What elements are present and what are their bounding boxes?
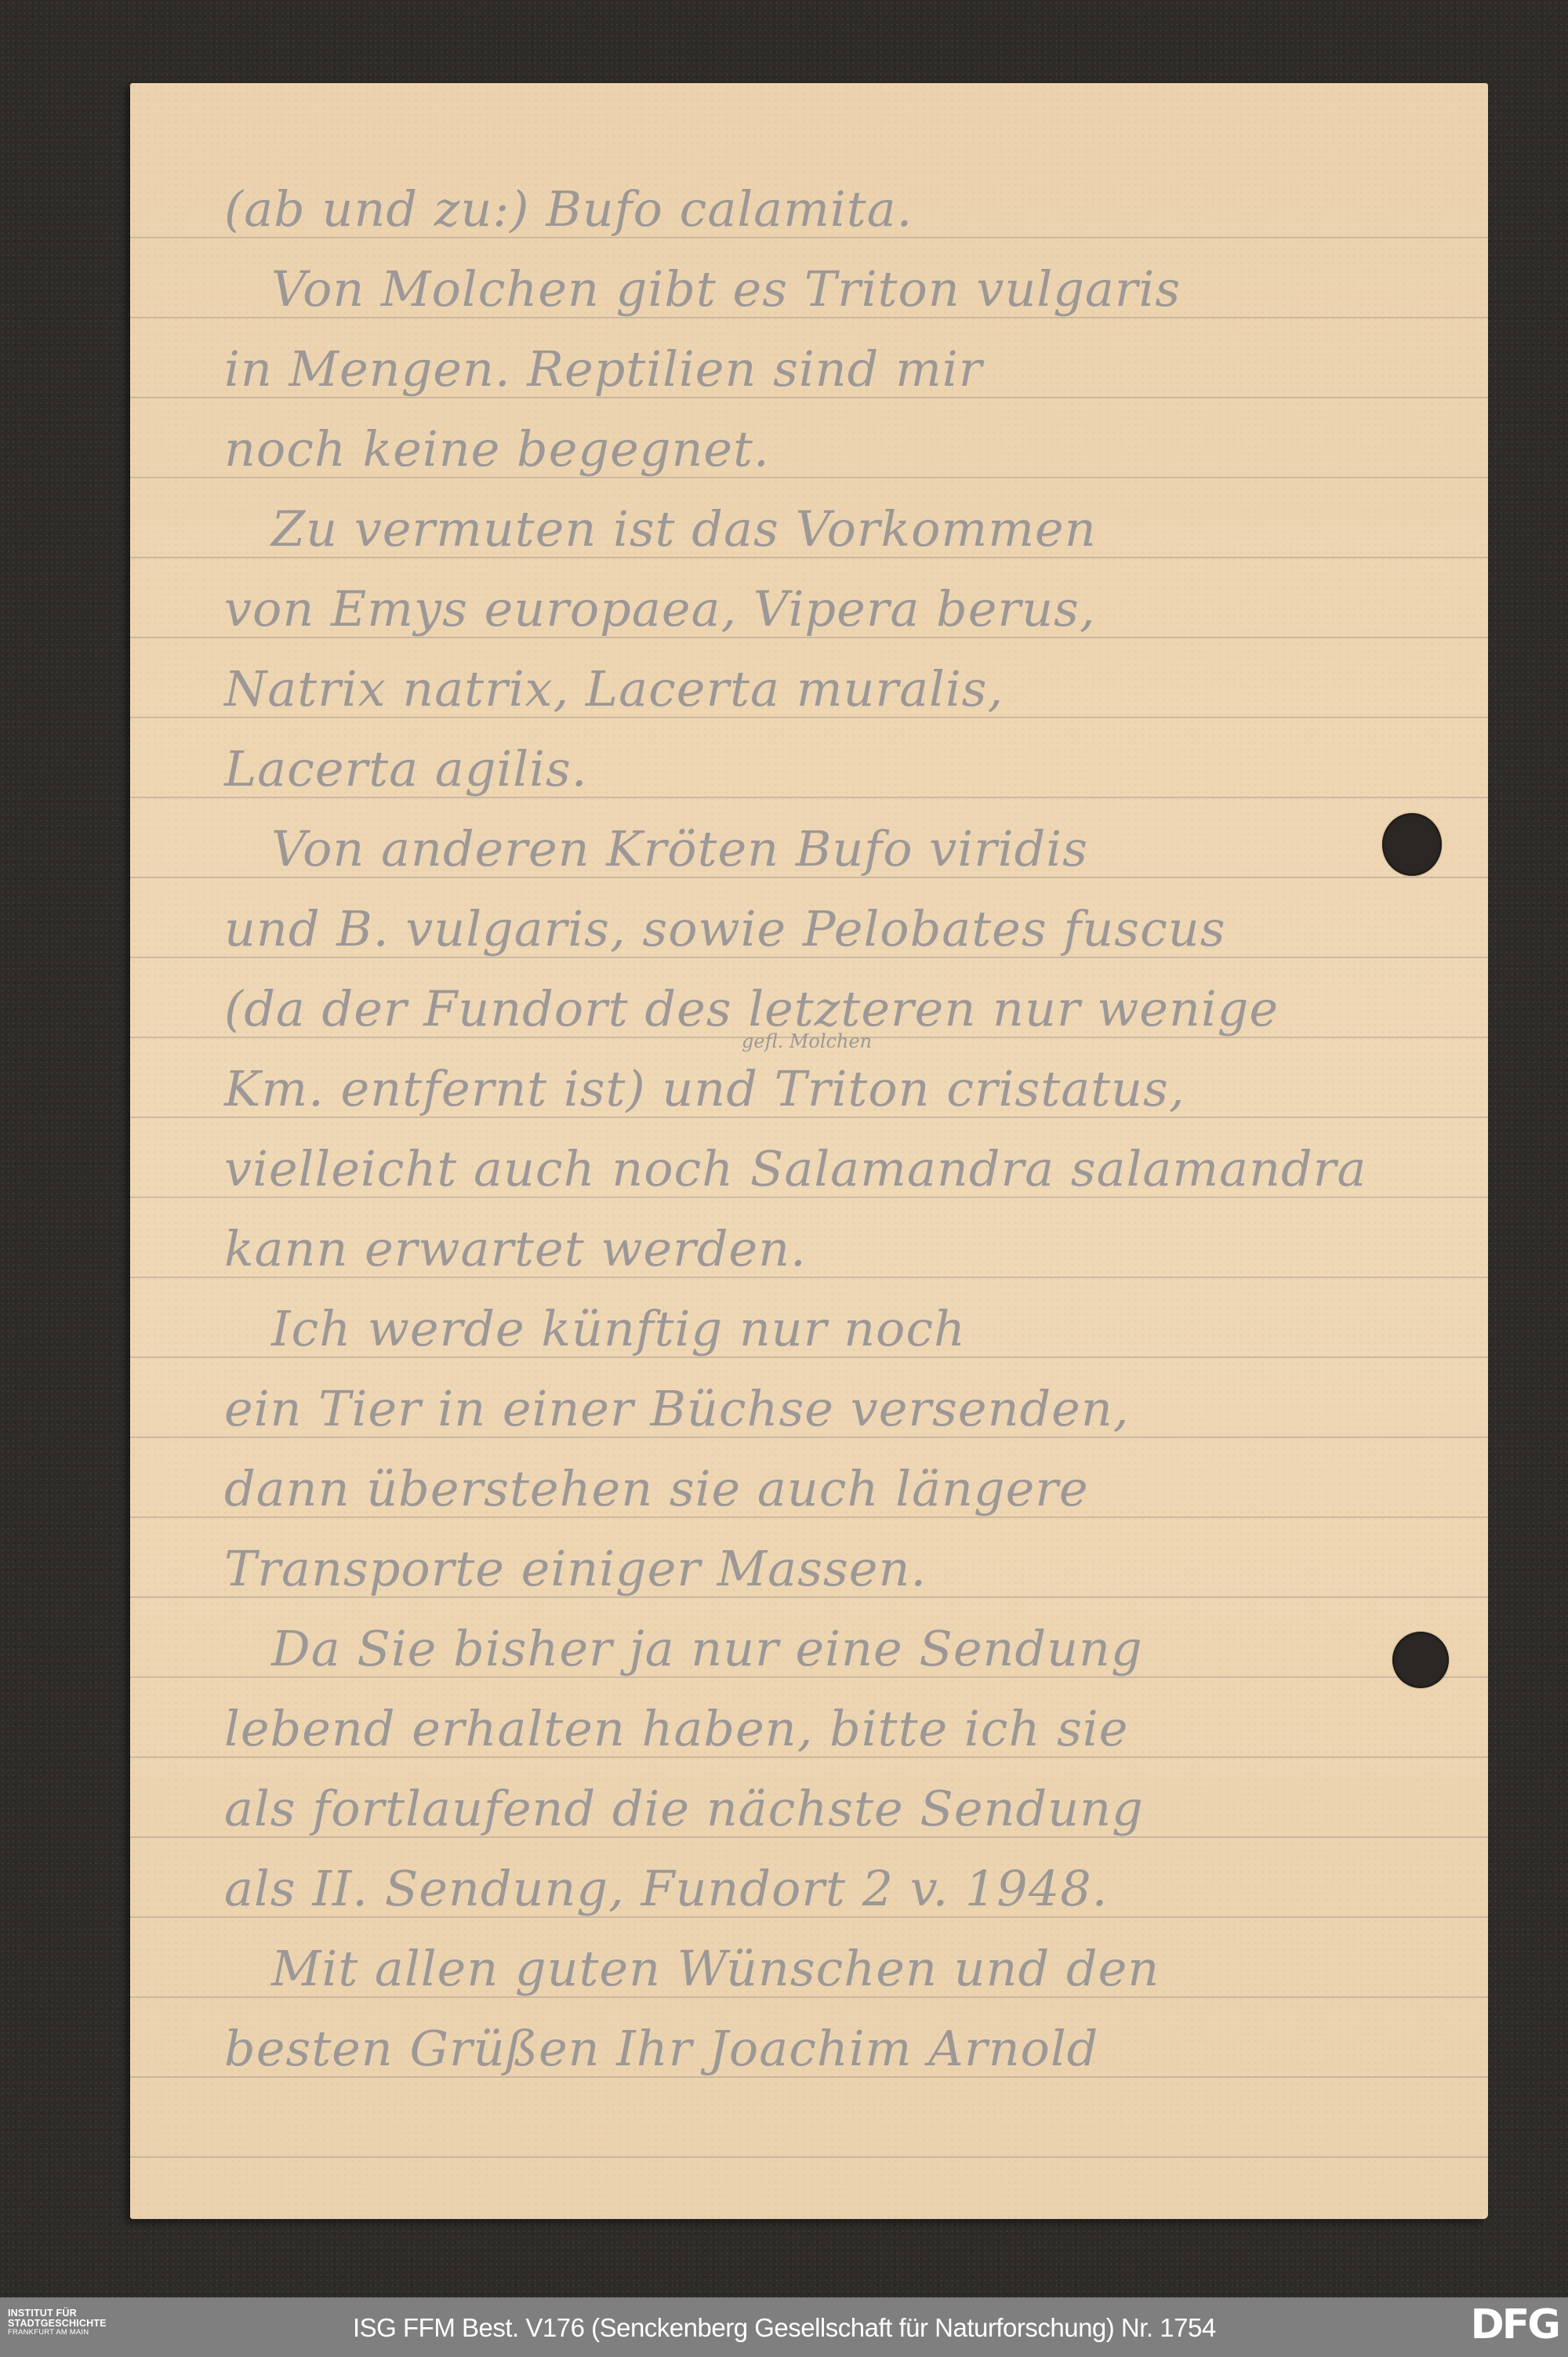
text-line: Mit allen guten Wünschen und den	[224, 1945, 1425, 1993]
text-line: (da der Fundort des letzteren nur wenige	[224, 985, 1425, 1033]
text-line: noch keine begegnet.	[224, 425, 1425, 474]
text-line: vielleicht auch noch Salamandra salamand…	[224, 1145, 1425, 1193]
text-line: in Mengen. Reptilien sind mir	[224, 345, 1425, 394]
inserted-note: gefl. Molchen	[742, 1030, 872, 1052]
text-line: als II. Sendung, Fundort 2 v. 1948.	[224, 1865, 1425, 1913]
archive-footer: INSTITUT FÜR STADTGESCHICHTE FRANKFURT A…	[0, 2297, 1568, 2357]
text-line: lebend erhalten haben, bitte ich sie	[224, 1705, 1425, 1753]
text-line: besten Grüßen Ihr Joachim Arnold	[224, 2025, 1425, 2073]
text-line: Km. entfernt ist) und Triton cristatus,	[224, 1065, 1425, 1113]
dfg-logo: DFG	[1471, 2304, 1559, 2345]
text-line: von Emys europaea, Vipera berus,	[224, 585, 1425, 634]
text-line: (ab und zu:) Bufo calamita.	[224, 185, 1425, 234]
text-line: und B. vulgaris, sowie Pelobates fuscus	[224, 905, 1425, 953]
text-line: Da Sie bisher ja nur eine Sendung	[224, 1625, 1425, 1673]
text-line: Natrix natrix, Lacerta muralis,	[224, 665, 1425, 714]
handwriting-block: (ab und zu:) Bufo calamita. Von Molchen …	[224, 83, 1425, 2219]
text-line: Von anderen Kröten Bufo viridis	[224, 825, 1425, 873]
text-line: Lacerta agilis.	[224, 745, 1425, 794]
text-line: ein Tier in einer Büchse versenden,	[224, 1385, 1425, 1433]
text-line: Transporte einiger Massen.	[224, 1545, 1425, 1593]
letter-page: (ab und zu:) Bufo calamita. Von Molchen …	[130, 83, 1488, 2219]
archive-caption: ISG FFM Best. V176 (Senckenberg Gesellsc…	[353, 2313, 1216, 2343]
institute-logo: INSTITUT FÜR STADTGESCHICHTE FRANKFURT A…	[8, 2308, 107, 2337]
text-line: kann erwartet werden.	[224, 1225, 1425, 1273]
institute-city: FRANKFURT AM MAIN	[8, 2329, 107, 2337]
text-line: dann überstehen sie auch längere	[224, 1465, 1425, 1513]
text-line: Zu vermuten ist das Vorkommen	[224, 505, 1425, 554]
text-line: als fortlaufend die nächste Sendung	[224, 1785, 1425, 1833]
punch-hole-lower	[1392, 1632, 1449, 1688]
text-line: Von Molchen gibt es Triton vulgaris	[224, 265, 1425, 314]
text-line: Ich werde künftig nur noch	[224, 1305, 1425, 1353]
punch-hole-upper	[1382, 813, 1442, 876]
